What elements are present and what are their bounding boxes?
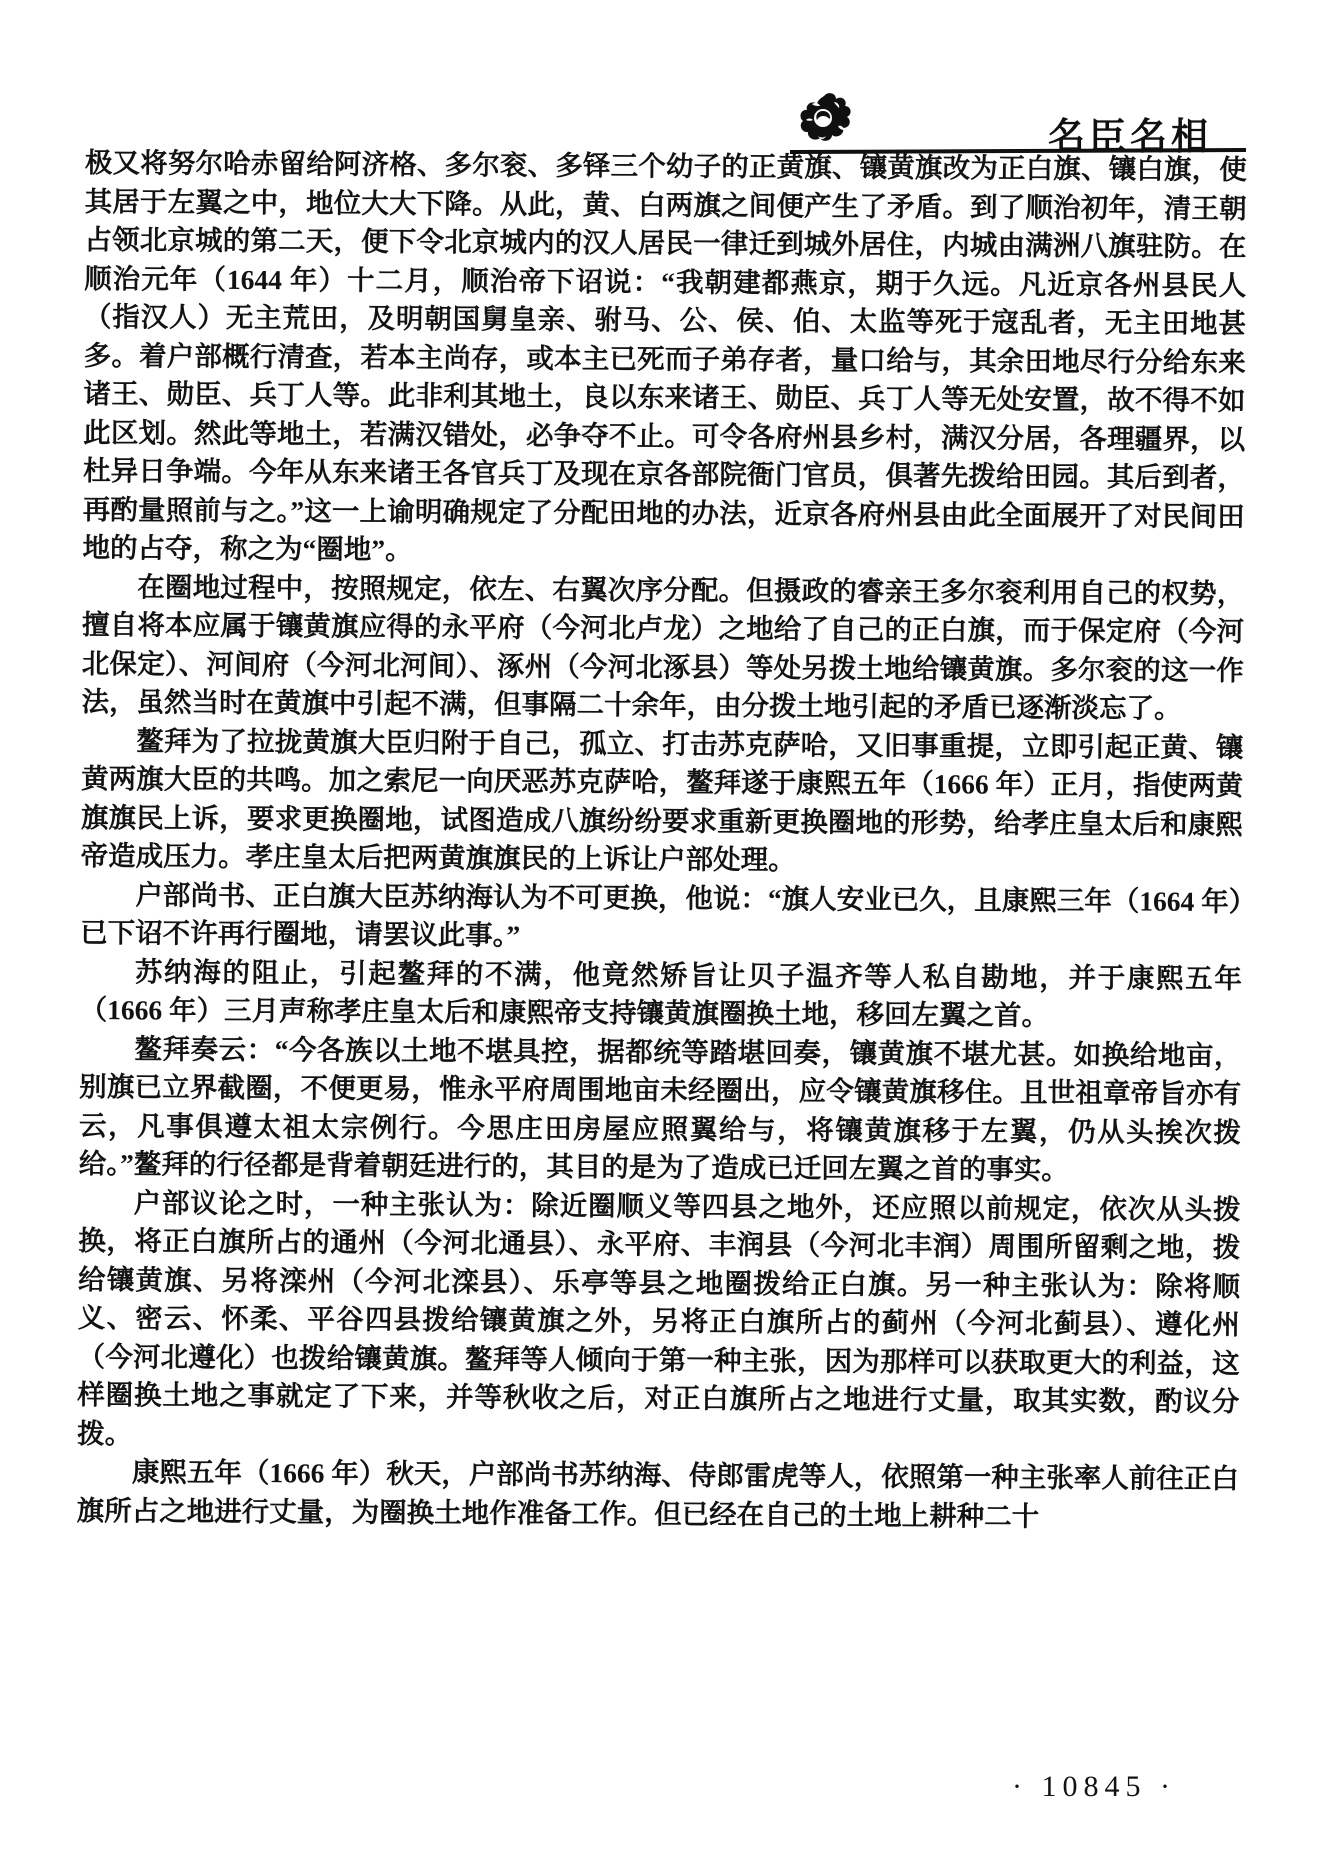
paragraph: 苏纳海的阻止，引起鳌拜的不满，他竟然矫旨让贝子温齐等人私自勘地，并于康熙五年（1… (80, 952, 1242, 1036)
paragraph: 鳌拜为了拉拢黄旗大臣归附于自己，孤立、打击苏克萨哈，又旧事重提，立即引起正黄、镶… (81, 721, 1244, 882)
paragraph: 康熙五年（1666 年）秋天，户部尚书苏纳海、侍郎雷虎等人，依照第一种主张率人前… (77, 1453, 1239, 1537)
book-page: 名臣名相 极又将努尔哈赤留给阿济格、多尔衮、多铎三个幼子的正黄旗、镶黄旗改为正白… (0, 0, 1322, 1870)
page-number: · 10845 · (1012, 1770, 1176, 1804)
paragraph: 极又将努尔哈赤留给阿济格、多尔衮、多铎三个幼子的正黄旗、镶黄旗改为正白旗、镶白旗… (82, 144, 1247, 575)
paragraph: 在圈地过程中，按照规定，依左、右翼次序分配。但摄政的睿亲王多尔衮利用自己的权势，… (81, 567, 1244, 728)
body-text: 极又将努尔哈赤留给阿济格、多尔衮、多铎三个幼子的正黄旗、镶黄旗改为正白旗、镶白旗… (77, 144, 1247, 1537)
paragraph: 户部议论之时，一种主张认为：除近圈顺义等四县之地外，还应照以前规定，依次从头拨换… (77, 1183, 1241, 1460)
paragraph: 户部尚书、正白旗大臣苏纳海认为不可更换，他说：“旗人安业已久，且康熙三年（166… (80, 875, 1242, 959)
paragraph: 鳌拜奏云：“今各族以土地不堪具控，据都统等踏堪回奏，镶黄旗不堪尤甚。如换给地亩，… (79, 1029, 1242, 1190)
dragon-emblem-icon (794, 90, 854, 150)
